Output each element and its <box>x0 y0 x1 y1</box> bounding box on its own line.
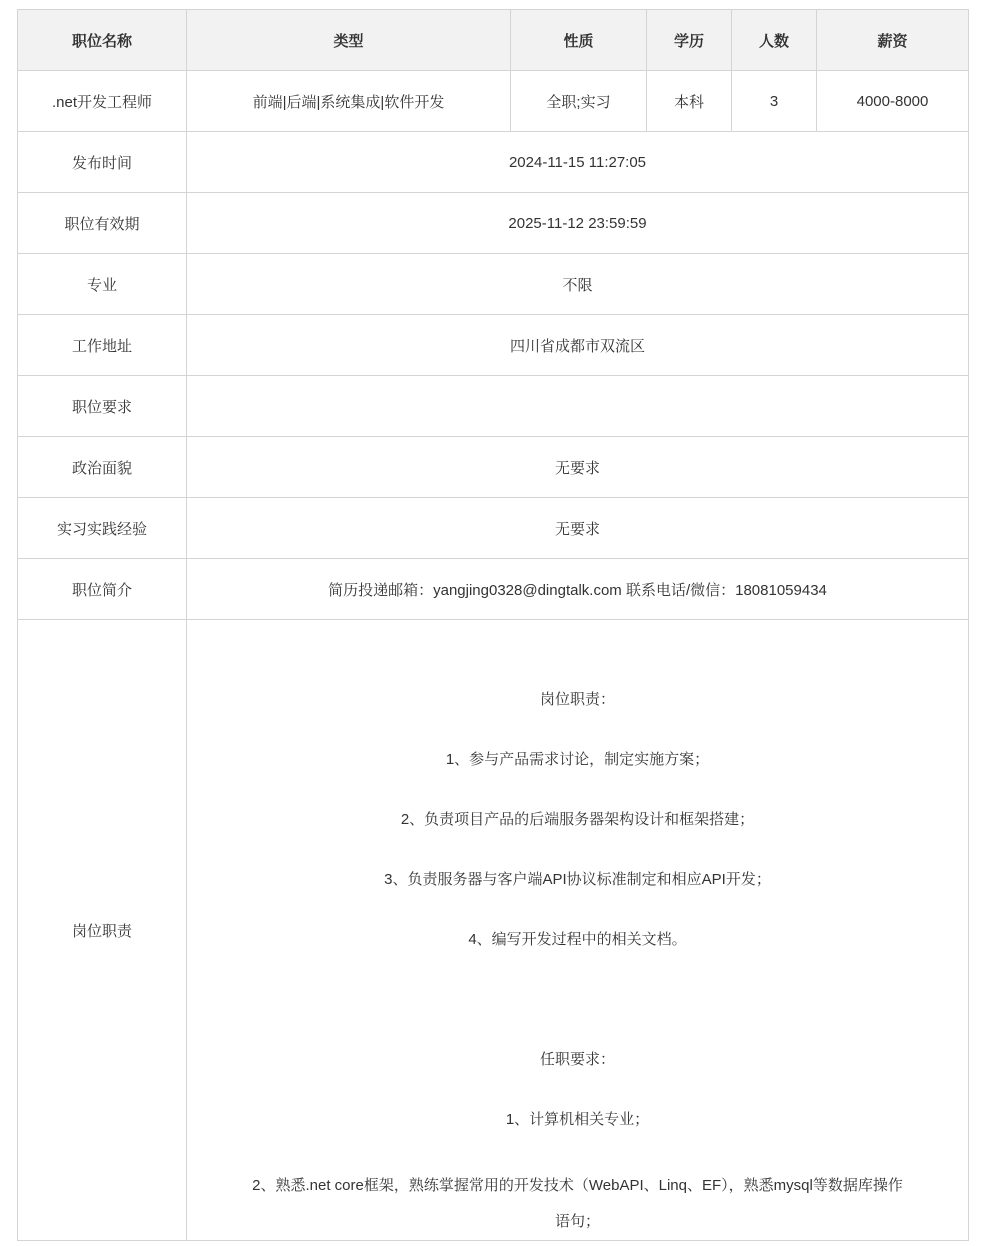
row-value: 不限 <box>187 254 969 315</box>
col-header-nature: 性质 <box>511 10 647 71</box>
row-requirements: 职位要求 <box>18 376 969 437</box>
col-header-salary: 薪资 <box>817 10 969 71</box>
row-value: 简历投递邮箱：yangjing0328@dingtalk.com 联系电话/微信… <box>187 559 969 620</box>
row-label: 职位要求 <box>18 376 187 437</box>
row-duties: 岗位职责 岗位职责： 1、参与产品需求讨论，制定实施方案； 2、负责项目产品的后… <box>18 620 969 1241</box>
requirement-item: 1、计算机相关专业； <box>193 1108 962 1132</box>
row-internship-experience: 实习实践经验 无要求 <box>18 498 969 559</box>
row-publish-time: 发布时间 2024-11-15 11:27:05 <box>18 132 969 193</box>
job-education: 本科 <box>647 71 732 132</box>
row-value: 四川省成都市双流区 <box>187 315 969 376</box>
row-major: 专业 不限 <box>18 254 969 315</box>
row-label: 政治面貌 <box>18 437 187 498</box>
job-type: 前端|后端|系统集成|软件开发 <box>187 71 511 132</box>
responsibilities-title: 岗位职责： <box>193 688 962 712</box>
row-value: 无要求 <box>187 437 969 498</box>
summary-row: .net开发工程师 前端|后端|系统集成|软件开发 全职;实习 本科 3 400… <box>18 71 969 132</box>
job-title: .net开发工程师 <box>18 71 187 132</box>
col-header-education: 学历 <box>647 10 732 71</box>
row-label: 职位有效期 <box>18 193 187 254</box>
row-value: 无要求 <box>187 498 969 559</box>
row-label: 职位简介 <box>18 559 187 620</box>
row-label: 工作地址 <box>18 315 187 376</box>
requirements-title: 任职要求： <box>193 1048 962 1072</box>
requirement-item: 2、熟悉.net core框架，熟练掌握常用的开发技术（WebAPI、Linq、… <box>193 1168 962 1240</box>
row-political-status: 政治面貌 无要求 <box>18 437 969 498</box>
job-nature: 全职;实习 <box>511 71 647 132</box>
row-label: 实习实践经验 <box>18 498 187 559</box>
responsibility-item: 3、负责服务器与客户端API协议标准制定和相应API开发； <box>193 868 962 892</box>
responsibility-item: 4、编写开发过程中的相关文档。 <box>193 928 962 952</box>
col-header-type: 类型 <box>187 10 511 71</box>
header-row: 职位名称 类型 性质 学历 人数 薪资 <box>18 10 969 71</box>
row-valid-until: 职位有效期 2025-11-12 23:59:59 <box>18 193 969 254</box>
row-label: 发布时间 <box>18 132 187 193</box>
col-header-headcount: 人数 <box>732 10 817 71</box>
row-value <box>187 376 969 437</box>
responsibility-item: 2、负责项目产品的后端服务器架构设计和框架搭建； <box>193 808 962 832</box>
job-salary: 4000-8000 <box>817 71 969 132</box>
job-headcount: 3 <box>732 71 817 132</box>
responsibility-item: 1、参与产品需求讨论，制定实施方案； <box>193 748 962 772</box>
row-value: 2024-11-15 11:27:05 <box>187 132 969 193</box>
row-job-intro: 职位简介 简历投递邮箱：yangjing0328@dingtalk.com 联系… <box>18 559 969 620</box>
job-detail-table: 职位名称 类型 性质 学历 人数 薪资 .net开发工程师 前端|后端|系统集成… <box>17 9 969 1241</box>
row-address: 工作地址 四川省成都市双流区 <box>18 315 969 376</box>
row-value: 2025-11-12 23:59:59 <box>187 193 969 254</box>
row-label: 岗位职责 <box>18 620 187 1241</box>
col-header-title: 职位名称 <box>18 10 187 71</box>
duties-content: 岗位职责： 1、参与产品需求讨论，制定实施方案； 2、负责项目产品的后端服务器架… <box>187 620 969 1241</box>
row-label: 专业 <box>18 254 187 315</box>
